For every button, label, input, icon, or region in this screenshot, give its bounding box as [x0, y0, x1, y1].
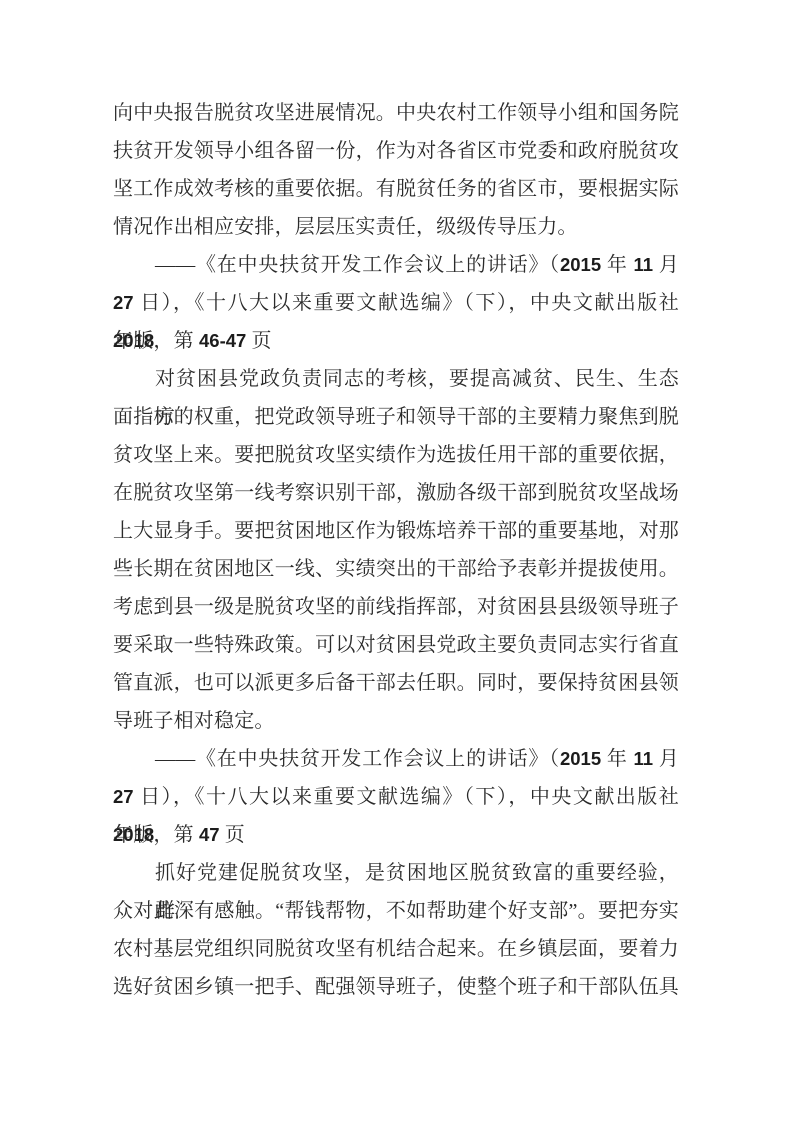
- text-line: 导班子相对稳定。: [113, 702, 679, 740]
- text-line: 上大显身手。要把贫困地区作为锻炼培养干部的重要基地，对那: [113, 512, 679, 550]
- text-line: 在脱贫攻坚第一线考察识别干部，激励各级干部到脱贫攻坚战场: [113, 474, 679, 512]
- text-line: 坚工作成效考核的重要依据。有脱贫任务的省区市，要根据实际: [113, 170, 679, 208]
- citation-paragraph: ——《在中央扶贫开发工作会议上的讲话》（2015 年 11 月27 日），《十八…: [113, 740, 679, 854]
- number-text: 27: [113, 292, 134, 313]
- number-text: 2015: [560, 254, 601, 275]
- text-block: 向中央报告脱贫攻坚进展情况。中央农村工作领导小组和国务院扶贫开发领导小组各留一份…: [113, 94, 679, 1006]
- text-line: 年版，第 47 页: [113, 816, 679, 854]
- text-line: 年版，第 46-47 页: [113, 322, 679, 360]
- text-line: ——《在中央扶贫开发工作会议上的讲话》（2015 年 11 月: [113, 740, 679, 778]
- number-text: 47: [199, 824, 220, 845]
- body-paragraph: 抓好党建促脱贫攻坚，是贫困地区脱贫致富的重要经验，群众对此深有感触。“帮钱帮物，…: [113, 854, 679, 1006]
- text-line: 向中央报告脱贫攻坚进展情况。中央农村工作领导小组和国务院: [113, 94, 679, 132]
- body-paragraph: 向中央报告脱贫攻坚进展情况。中央农村工作领导小组和国务院扶贫开发领导小组各留一份…: [113, 94, 679, 246]
- text-line: 27 日），《十八大以来重要文献选编》（下），中央文献出版社 2018: [113, 778, 679, 816]
- text-line: 抓好党建促脱贫攻坚，是贫困地区脱贫致富的重要经验，群: [113, 854, 679, 892]
- text-line: 选好贫困乡镇一把手、配强领导班子，使整个班子和干部队伍具: [113, 968, 679, 1006]
- text-line: 面指标的权重，把党政领导班子和领导干部的主要精力聚焦到脱: [113, 398, 679, 436]
- citation-paragraph: ——《在中央扶贫开发工作会议上的讲话》（2015 年 11 月27 日），《十八…: [113, 246, 679, 360]
- text-line: 27 日），《十八大以来重要文献选编》（下），中央文献出版社 2018: [113, 284, 679, 322]
- text-line: 农村基层党组织同脱贫攻坚有机结合起来。在乡镇层面，要着力: [113, 930, 679, 968]
- text-line: 贫攻坚上来。要把脱贫攻坚实绩作为选拔任用干部的重要依据，: [113, 436, 679, 474]
- text-line: 考虑到县一级是脱贫攻坚的前线指挥部，对贫困县县级领导班子: [113, 588, 679, 626]
- body-paragraph: 对贫困县党政负责同志的考核，要提高减贫、民生、生态方面指标的权重，把党政领导班子…: [113, 360, 679, 740]
- number-text: 46-47: [199, 330, 246, 351]
- text-line: 扶贫开发领导小组各留一份，作为对各省区市党委和政府脱贫攻: [113, 132, 679, 170]
- text-line: 情况作出相应安排，层层压实责任，级级传导压力。: [113, 208, 679, 246]
- number-text: 2015: [560, 748, 601, 769]
- document-page: 向中央报告脱贫攻坚进展情况。中央农村工作领导小组和国务院扶贫开发领导小组各留一份…: [0, 0, 793, 1122]
- text-line: ——《在中央扶贫开发工作会议上的讲话》（2015 年 11 月: [113, 246, 679, 284]
- text-line: 管直派，也可以派更多后备干部去任职。同时，要保持贫困县领: [113, 664, 679, 702]
- text-line: 要采取一些特殊政策。可以对贫困县党政主要负责同志实行省直: [113, 626, 679, 664]
- number-text: 11: [633, 254, 653, 275]
- text-line: 些长期在贫困地区一线、实绩突出的干部给予表彰并提拔使用。: [113, 550, 679, 588]
- text-line: 众对此深有感触。“帮钱帮物，不如帮助建个好支部”。要把夯实: [113, 892, 679, 930]
- number-text: 11: [633, 748, 653, 769]
- text-line: 对贫困县党政负责同志的考核，要提高减贫、民生、生态方: [113, 360, 679, 398]
- number-text: 27: [113, 786, 134, 807]
